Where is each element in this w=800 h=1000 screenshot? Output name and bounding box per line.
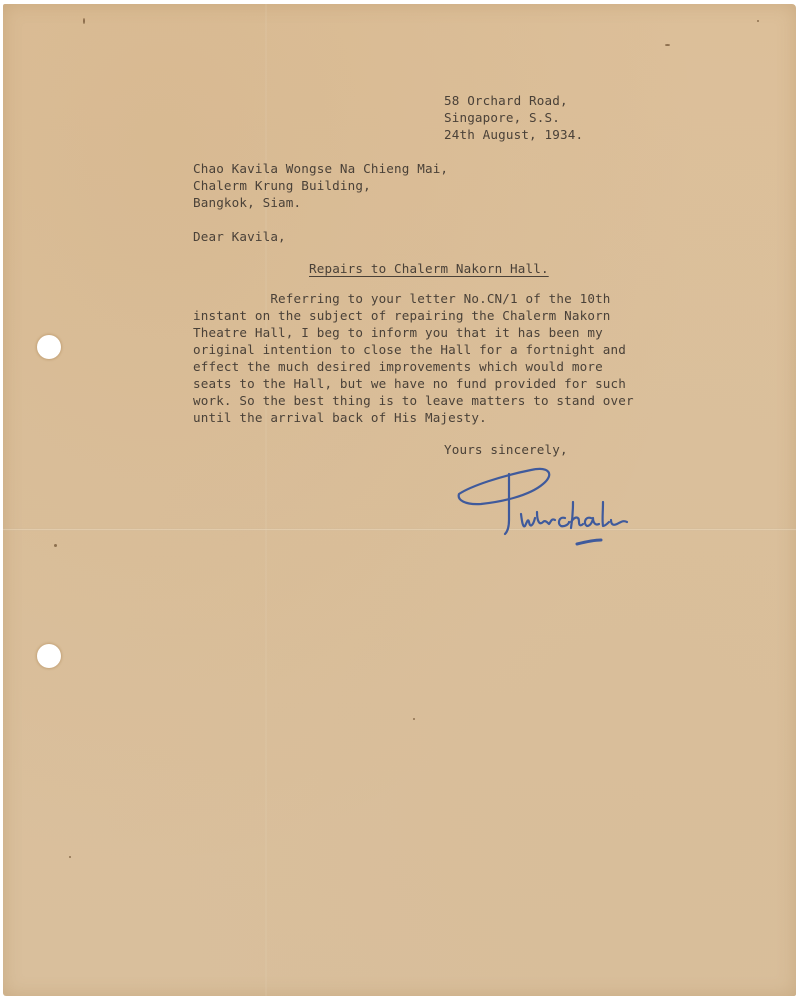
recipient-name: Chao Kavila Wongse Na Chieng Mai, — [193, 160, 448, 177]
salutation: Dear Kavila, — [193, 228, 286, 245]
paper-blemish — [665, 44, 670, 46]
body-line: work. So the best thing is to leave matt… — [193, 392, 634, 409]
vertical-fold-line — [265, 4, 267, 996]
paper-blemish — [757, 20, 759, 22]
recipient-city: Bangkok, Siam. — [193, 194, 301, 211]
body-line: Theatre Hall, I beg to inform you that i… — [193, 324, 603, 341]
sender-address-line1: 58 Orchard Road, — [444, 92, 568, 109]
body-line: instant on the subject of repairing the … — [193, 307, 611, 324]
recipient-building: Chalerm Krung Building, — [193, 177, 371, 194]
body-line: effect the much desired improvements whi… — [193, 358, 603, 375]
closing: Yours sincerely, — [444, 441, 568, 458]
handwritten-signature — [451, 462, 651, 552]
sender-address-line2: Singapore, S.S. — [444, 109, 560, 126]
body-line: seats to the Hall, but we have no fund p… — [193, 375, 626, 392]
body-line: until the arrival back of His Majesty. — [193, 409, 487, 426]
body-line: original intention to close the Hall for… — [193, 341, 626, 358]
paper-blemish — [413, 718, 415, 720]
letter-date: 24th August, 1934. — [444, 126, 583, 143]
horizontal-fold-line — [3, 528, 796, 531]
letter-page: 58 Orchard Road, Singapore, S.S. 24th Au… — [3, 4, 796, 996]
paper-blemish — [83, 18, 85, 24]
hole-punch-bottom — [37, 644, 61, 668]
paper-blemish — [69, 856, 71, 858]
subject-line: Repairs to Chalerm Nakorn Hall. — [309, 260, 549, 277]
paper-blemish — [54, 544, 57, 547]
hole-punch-top — [37, 335, 61, 359]
body-line: Referring to your letter No.CN/1 of the … — [193, 290, 611, 307]
